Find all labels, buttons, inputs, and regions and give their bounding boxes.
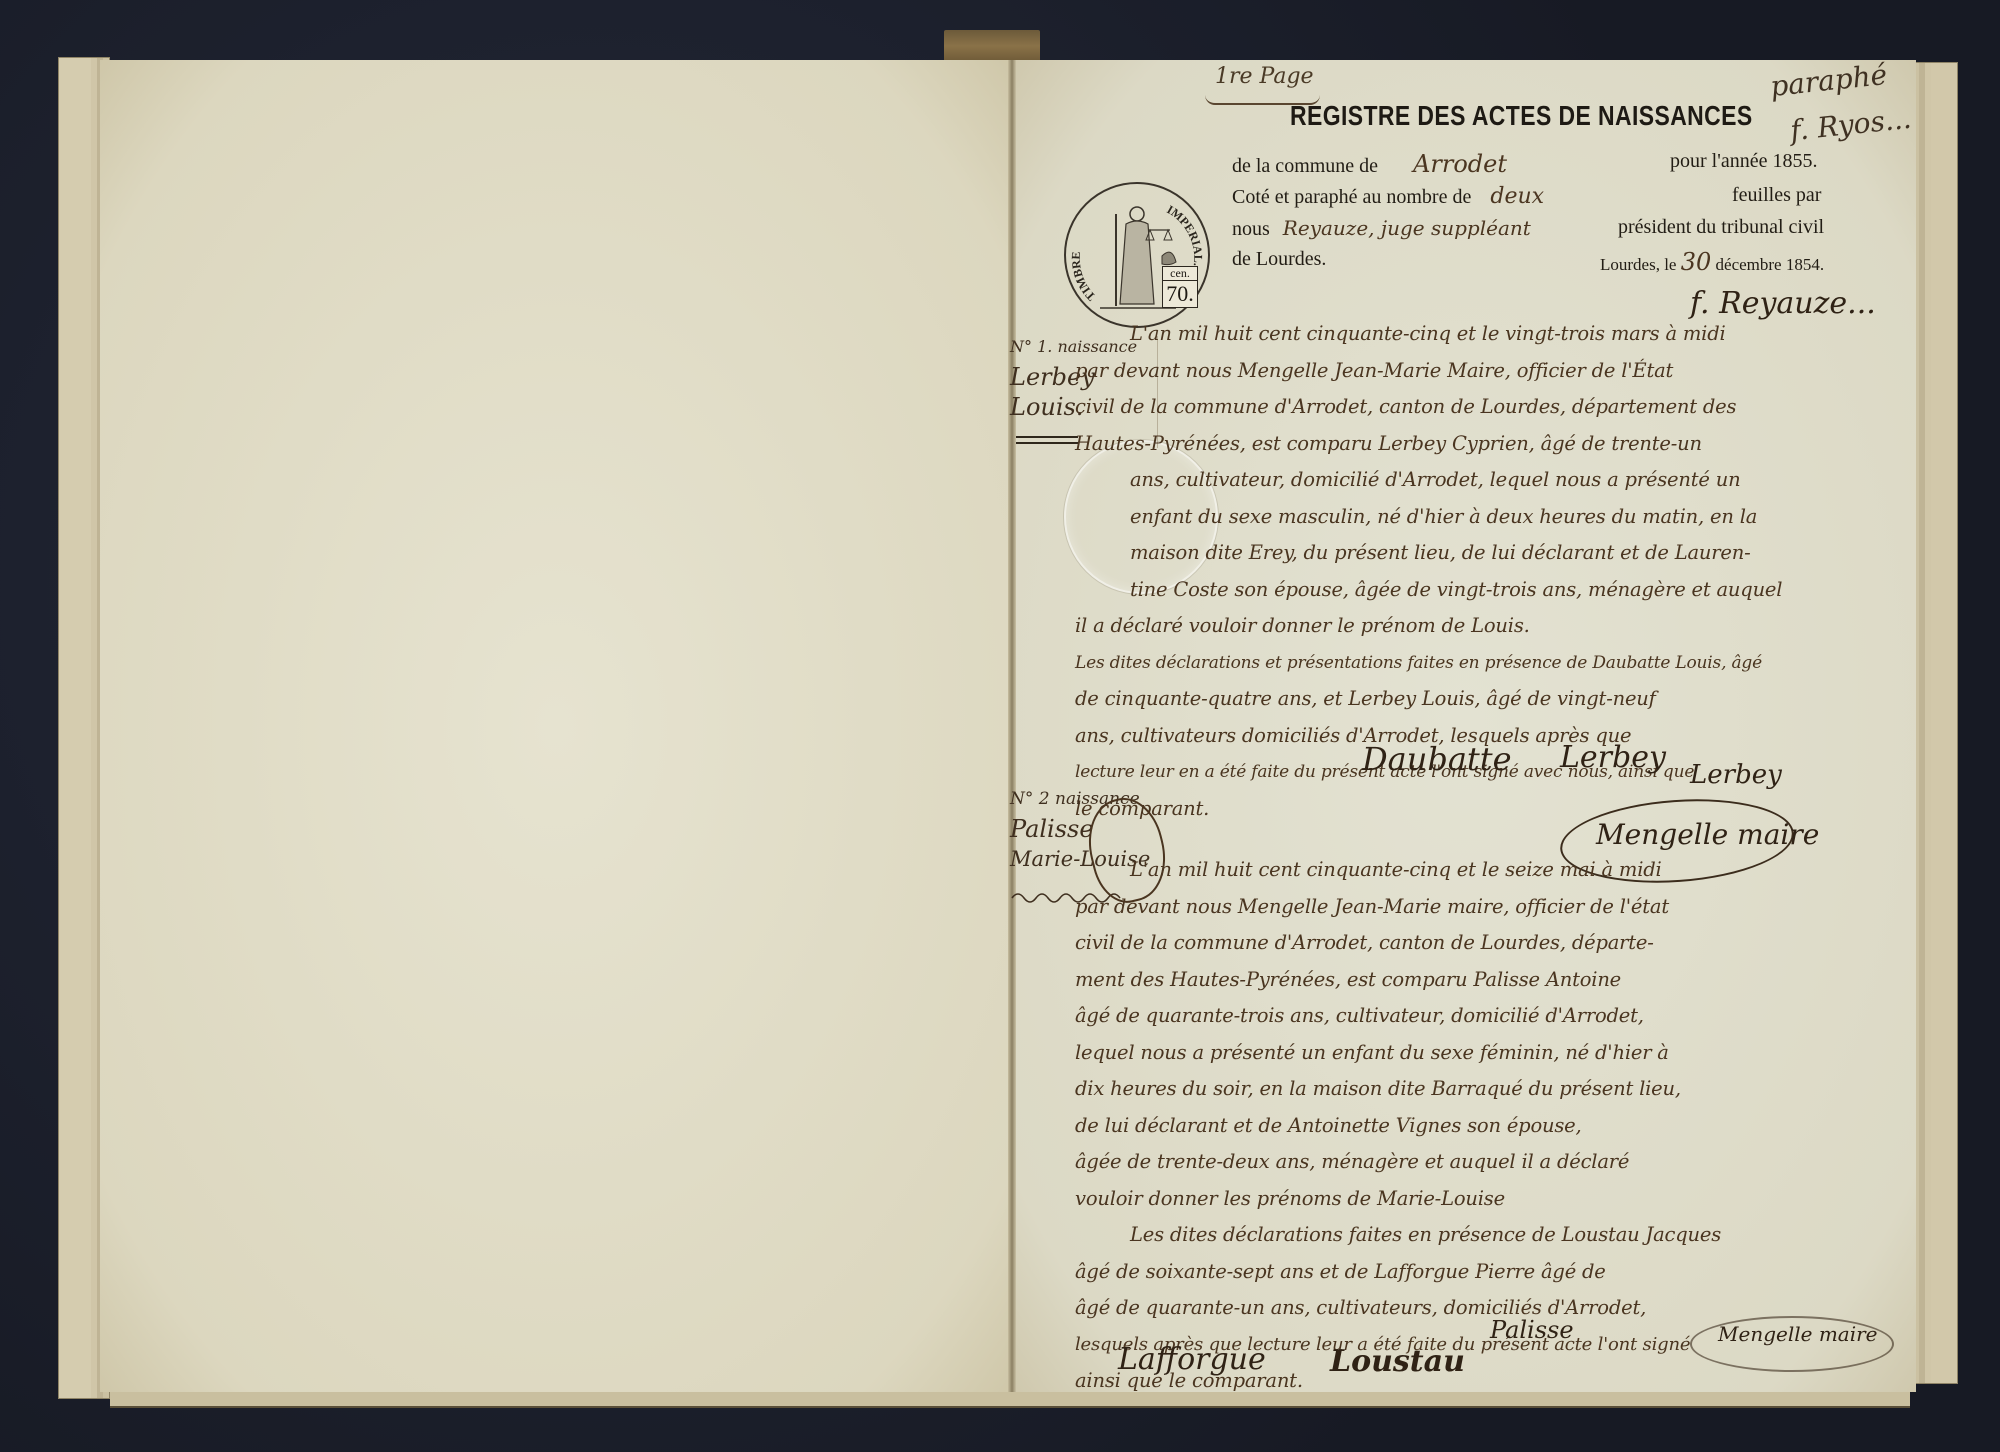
act-1-signature-witness-2: Lerbey [1560, 740, 1666, 775]
sheets-count: deux [1490, 184, 1544, 209]
act-2-line: âgée de trente-deux ans, ménagère et auq… [1075, 1144, 1875, 1181]
act-2-signature-witness-1: Lafforgue [1118, 1342, 1266, 1377]
header-line-president: nous Reyauze, juge suppléant [1232, 216, 1531, 241]
act-1-line: il a déclaré vouloir donner le prénom de… [1075, 608, 1875, 645]
act-1-signature-declarant: Lerbey [1690, 760, 1782, 790]
act-2-line: vouloir donner les prénoms de Marie-Loui… [1075, 1181, 1875, 1218]
left-page-blank [100, 60, 1013, 1392]
act-1-line: Les dites déclarations et présentations … [1075, 645, 1875, 682]
lourdes-label: de Lourdes. [1232, 248, 1326, 271]
act-1-line: Hautes-Pyrénées, est comparu Lerbey Cypr… [1075, 426, 1875, 463]
act-1-line: civil de la commune d'Arrodet, canton de… [1075, 389, 1875, 426]
act-2-line: par devant nous Mengelle Jean-Marie mair… [1075, 889, 1875, 926]
president-prefix: nous [1232, 218, 1270, 240]
president-suffix: président du tribunal civil [1618, 216, 1824, 239]
act-1-line: tine Coste son épouse, âgée de vingt-tro… [1075, 572, 1875, 609]
act-1-signature-mayor: Mengelle maire [1596, 818, 1819, 851]
act-1-signature-witness-1: Daubatte [1362, 740, 1512, 778]
page-marker: 1re Page [1215, 64, 1314, 89]
date-day: 30 [1681, 248, 1712, 276]
act-1-line: ans, cultivateur, domicilié d'Arrodet, l… [1075, 462, 1875, 499]
sheets-prefix: Coté et paraphé au nombre de [1232, 186, 1471, 208]
right-page-stack [1912, 62, 1958, 1384]
book-gutter [1008, 60, 1016, 1392]
register-title: REGISTRE DES ACTES DE NAISSANCES [1290, 100, 1753, 132]
commune-name: Arrodet [1413, 150, 1507, 178]
header-line-commune: de la commune de Arrodet [1232, 150, 1507, 178]
sheets-suffix: feuilles par [1732, 184, 1821, 207]
spine-strap [944, 30, 1040, 62]
act-2-line: lequel nous a présenté un enfant du sexe… [1075, 1035, 1875, 1072]
act-2-line: de lui déclarant et de Antoinette Vignes… [1075, 1108, 1875, 1145]
act-2-line: Les dites déclarations faites en présenc… [1075, 1217, 1875, 1254]
act-2-line: L'an mil huit cent cinquante-cinq et le … [1075, 852, 1875, 889]
stamp-amount: 70. [1163, 281, 1197, 307]
act-2-signature-mayor: Mengelle maire [1718, 1322, 1878, 1346]
header-line-sheets: Coté et paraphé au nombre de deux [1232, 184, 1544, 209]
header-date: Lourdes, le 30 décembre 1854. [1600, 248, 1824, 276]
act-1-line: de cinquante-quatre ans, et Lerbey Louis… [1075, 681, 1875, 718]
act-2-line: dix heures du soir, en la maison dite Ba… [1075, 1071, 1875, 1108]
act-2-line: âgé de soixante-sept ans et de Lafforgue… [1075, 1254, 1875, 1291]
commune-prefix: de la commune de [1232, 155, 1378, 177]
stamp-cen-label: cen. [1163, 267, 1197, 281]
act-2-signature-witness-2: Loustau [1330, 1344, 1465, 1379]
act-1-margin-underline [1016, 436, 1078, 444]
act-1-line: par devant nous Mengelle Jean-Marie Mair… [1075, 353, 1875, 390]
act-2-signature-declarant: Palisse [1490, 1316, 1574, 1344]
act-1-line: enfant du sexe masculin, né d'hier à deu… [1075, 499, 1875, 536]
stamp-value: cen. 70. [1162, 266, 1198, 308]
act-2-line: civil de la commune d'Arrodet, canton de… [1075, 925, 1875, 962]
act-1-line: L'an mil huit cent cinquante-cinq et le … [1075, 316, 1875, 353]
act-2-line: ment des Hautes-Pyrénées, est comparu Pa… [1075, 962, 1875, 999]
act-2-line: âgé de quarante-trois ans, cultivateur, … [1075, 998, 1875, 1035]
date-suffix: décembre 1854. [1716, 255, 1825, 274]
date-prefix: Lourdes, le [1600, 255, 1676, 274]
svg-text:TIMBRE: TIMBRE [1069, 251, 1099, 303]
year-label: pour l'année 1855. [1670, 150, 1817, 173]
president-name: Reyauze, juge suppléant [1283, 216, 1531, 240]
act-1-line: maison dite Erey, du présent lieu, de lu… [1075, 535, 1875, 572]
